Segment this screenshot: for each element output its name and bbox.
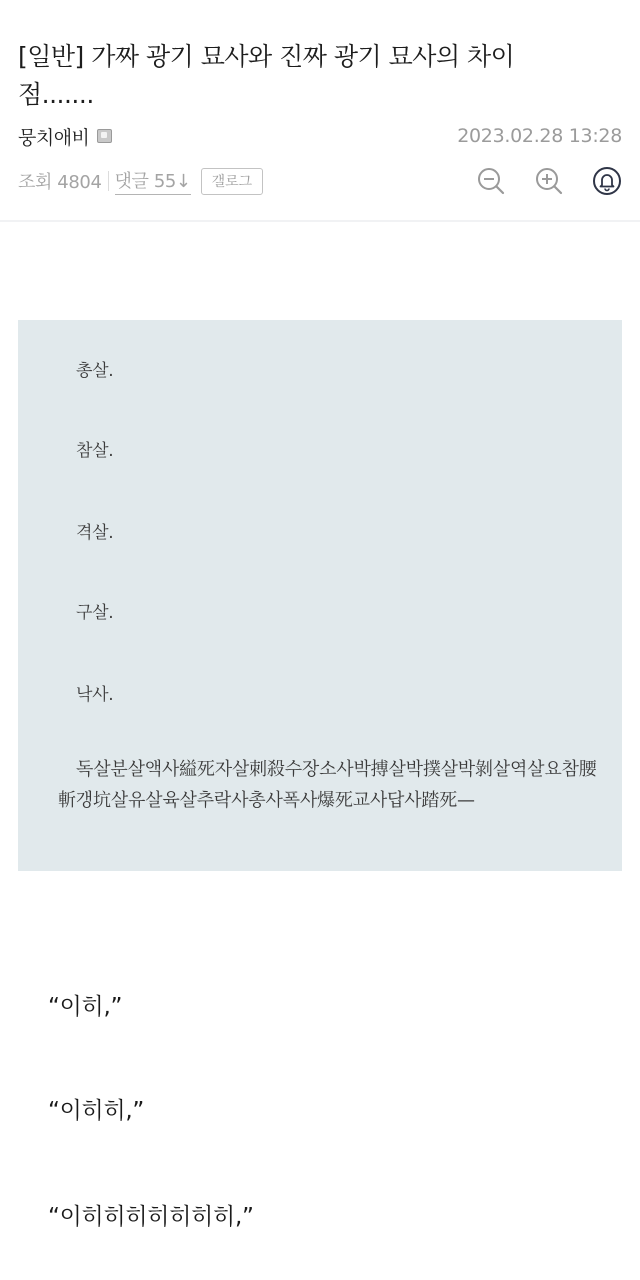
- author-row: 뭉치애비 2023.02.28 13:28: [18, 120, 622, 152]
- bell-icon[interactable]: [592, 166, 622, 196]
- comment-count-link[interactable]: 댓글 55↓: [115, 167, 191, 195]
- post-toolbar: [476, 166, 622, 196]
- box-line: 총살.: [76, 356, 113, 381]
- author-name[interactable]: 뭉치애비: [18, 123, 89, 150]
- killing-methods-paragraph: 독살분살액사縊死자살刺殺수장소사박搏살박撲살박剝살역살요참腰斬갱坑살유살육살추락…: [58, 754, 608, 816]
- meta-row: 조회 4804 댓글 55↓ 갤로그: [18, 164, 622, 198]
- box-line: 낙사.: [76, 680, 113, 705]
- post-page: [일반] 가짜 광기 묘사와 진짜 광기 묘사의 차이점....... 뭉치애비…: [0, 0, 640, 1280]
- zoom-in-icon[interactable]: [534, 166, 564, 196]
- laugh-line: “이히히히히히히히,”: [48, 1198, 254, 1231]
- quoted-text-box: 총살. 참살. 격살. 구살. 낙사. 독살분살액사縊死자살刺殺수장소사박搏살박…: [18, 320, 622, 871]
- laugh-line: “이히,”: [48, 988, 122, 1021]
- meta-divider: [108, 171, 109, 191]
- box-line: 구살.: [76, 598, 113, 623]
- box-line: 참살.: [76, 436, 113, 461]
- post-date: 2023.02.28 13:28: [457, 125, 622, 147]
- laugh-line: “이히히,”: [48, 1092, 144, 1125]
- box-line: 격살.: [76, 518, 113, 543]
- zoom-out-icon[interactable]: [476, 166, 506, 196]
- gallog-button[interactable]: 갤로그: [201, 168, 264, 195]
- member-badge-icon: [97, 129, 112, 143]
- post-header: [일반] 가짜 광기 묘사와 진짜 광기 묘사의 차이점....... 뭉치애비…: [0, 0, 640, 222]
- view-count: 조회 4804: [18, 168, 102, 194]
- post-title: [일반] 가짜 광기 묘사와 진짜 광기 묘사의 차이점.......: [18, 38, 578, 114]
